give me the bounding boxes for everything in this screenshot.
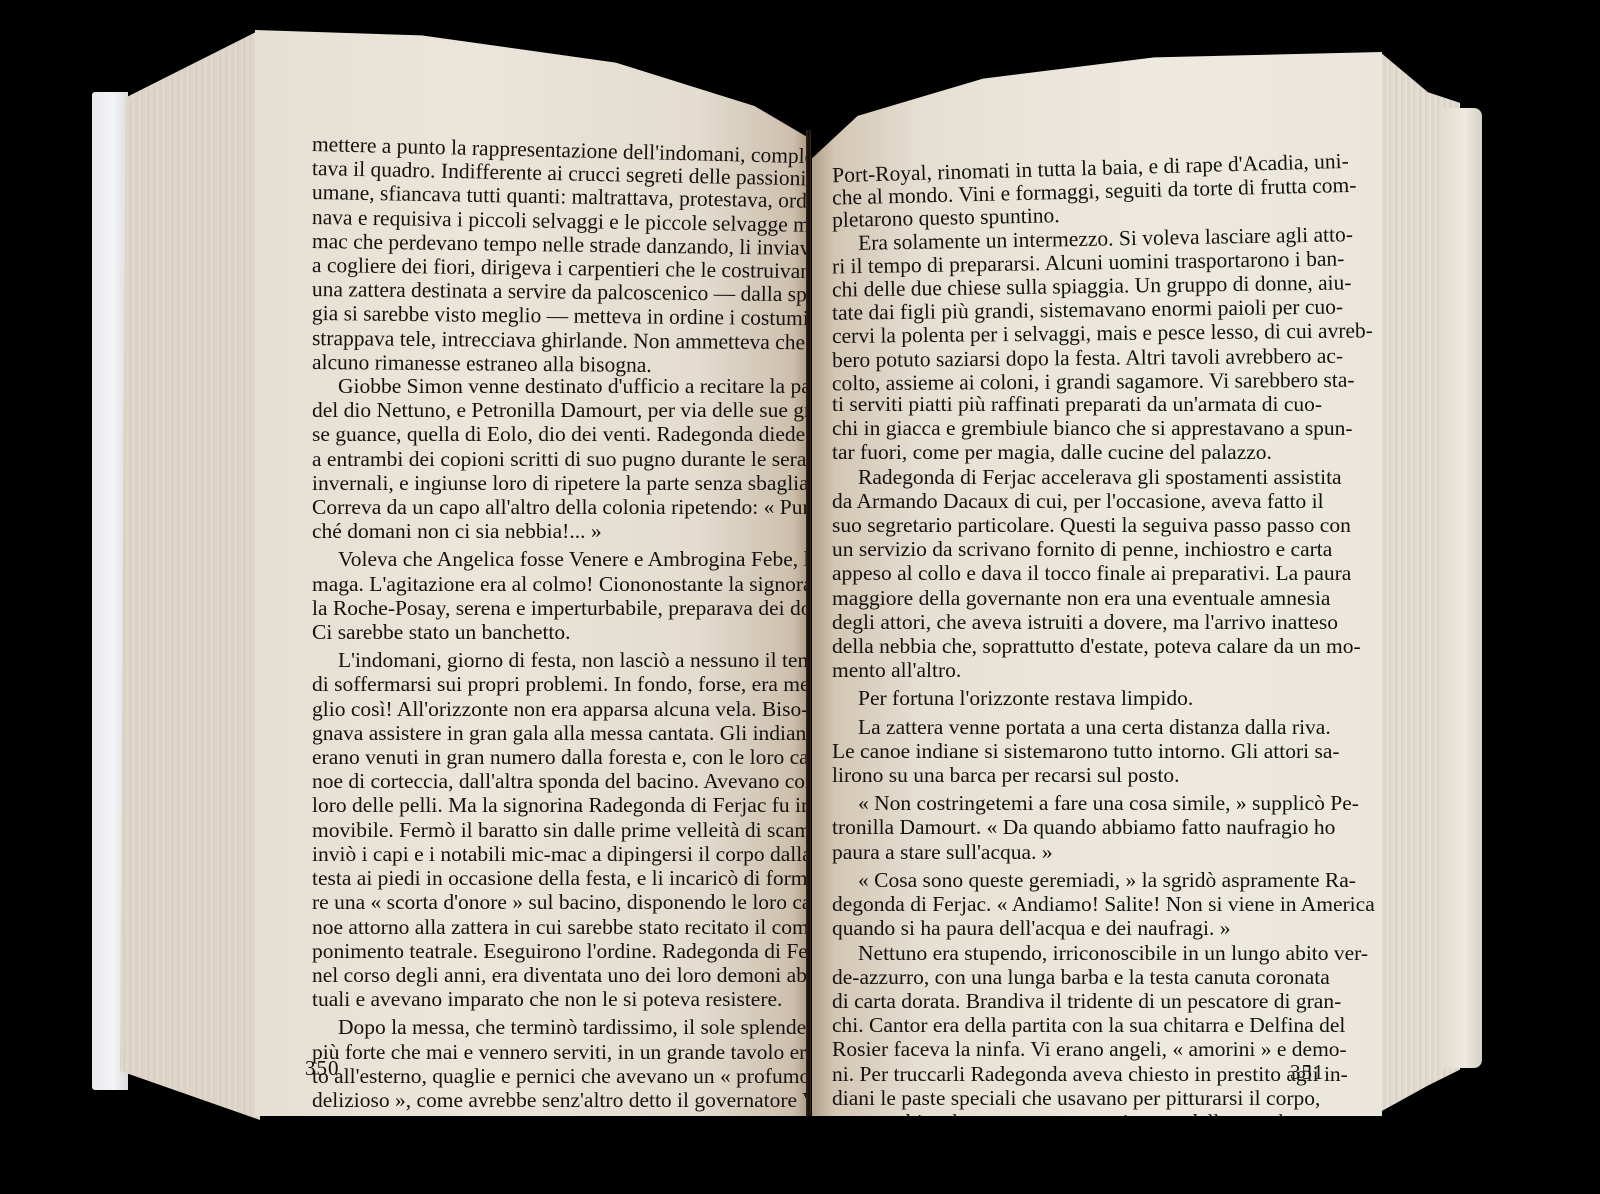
text-line: appeso al collo e dava il tocco finale a… (832, 561, 1307, 585)
text-line: colto, assieme ai coloni, i grandi sagam… (832, 368, 1307, 396)
page-number-right: 351 (1290, 1060, 1325, 1085)
text-line: La zattera venne portata a una certa dis… (832, 715, 1307, 739)
right-page-text: Port-Royal, rinomati in tutta la baia, e… (832, 150, 1307, 1116)
left-page-block-edge (120, 30, 260, 1120)
text-line: Nettuno era stupendo, irriconoscibile in… (832, 941, 1307, 965)
text-line: glio così! All'orizzonte non era apparsa… (312, 697, 792, 721)
text-line: ché domani non ci sia nebbia!... » (312, 519, 792, 543)
text-line: movibile. Fermò il baratto sin dalle pri… (312, 818, 792, 842)
right-cover-edge (1440, 108, 1482, 1068)
text-line: maggiore della governante non era una ev… (832, 586, 1307, 610)
text-line: Voleva che Angelica fosse Venere e Ambro… (312, 547, 792, 571)
left-page-text: mettere a punto la rappresentazione dell… (312, 132, 792, 1116)
text-line: da Armando Dacaux di cui, per l'occasion… (832, 489, 1307, 513)
text-line: a entrambi dei copioni scritti di suo pu… (312, 447, 792, 471)
text-line: chi. Cantor era della partita con la sua… (832, 1013, 1307, 1037)
text-line: « Non costringetemi a fare una cosa simi… (832, 791, 1307, 815)
text-line: noe di corteccia, dall'altra sponda del … (312, 769, 792, 793)
text-line: noe attorno alla zattera in cui sarebbe … (312, 915, 792, 939)
text-line: « Cosa sono queste geremiadi, » la sgrid… (832, 868, 1307, 892)
text-line: erano venuti in gran numero dalla forest… (312, 745, 792, 769)
text-line: degonda di Ferjac. « Andiamo! Salite! No… (832, 892, 1307, 916)
text-line: delizioso », come avrebbe senz'altro det… (312, 1088, 792, 1112)
text-line: L'indomani, giorno di festa, non lasciò … (312, 648, 792, 672)
text-line: quando si ha paura dell'acqua e dei nauf… (832, 916, 1307, 940)
right-page: Port-Royal, rinomati in tutta la baia, e… (812, 52, 1382, 1116)
text-line: Radegonda di Ferjac accelerava gli spost… (832, 465, 1307, 489)
text-line: d'Avray, con il contorno di bei cavoli v… (312, 1112, 792, 1116)
text-line: ponimento teatrale. Eseguirono l'ordine.… (312, 939, 792, 963)
text-line: inviò i capi e i notabili mic-mac a dipi… (312, 842, 792, 866)
text-line: tar fuori, come per magia, dalle cucine … (832, 440, 1307, 464)
page-number-left: 350 (305, 1056, 340, 1081)
text-line: Ci sarebbe stato un banchetto. (312, 620, 792, 644)
text-line: maga. L'agitazione era al colmo! Cionono… (312, 572, 792, 596)
text-line: della nebbia che, soprattutto d'estate, … (832, 634, 1307, 658)
text-line: mento all'altro. (832, 658, 1307, 682)
text-line: nel corso degli anni, era diventata uno … (312, 963, 792, 987)
text-line: tuali e avevano imparato che non le si p… (312, 987, 792, 1011)
text-line: se guance, quella di Eolo, dio dei venti… (312, 422, 792, 446)
text-line: un servizio da scrivano fornito di penne… (832, 537, 1307, 561)
text-line: ni. Per truccarli Radegonda aveva chiest… (832, 1062, 1307, 1086)
text-line: Correva da un capo all'altro della colon… (312, 495, 792, 519)
text-line: lirono su una barca per recarsi sul post… (832, 763, 1307, 787)
text-line: degli attori, che aveva istruiti a dover… (832, 610, 1307, 634)
text-line: Per fortuna l'orizzonte restava limpido. (832, 686, 1307, 710)
book-photo: mettere a punto la rappresentazione dell… (0, 0, 1600, 1194)
text-line: Le canoe indiane si sistemarono tutto in… (832, 739, 1307, 763)
text-line: loro delle pelli. Ma la signorina Radego… (312, 793, 792, 817)
text-line: più forte che mai e vennero serviti, in … (312, 1040, 792, 1064)
text-line: tronilla Damourt. « Da quando abbiamo fa… (832, 815, 1307, 839)
text-line: azzurre, bianche, rosse o nere, e vi era… (832, 1110, 1307, 1116)
text-line: de-azzurro, con una lunga barba e la tes… (832, 965, 1307, 989)
text-line: del dio Nettuno, e Petronilla Damourt, p… (312, 398, 792, 422)
text-line: suo segretario particolare. Questi la se… (832, 513, 1307, 537)
text-line: alcuno rimanesse estraneo alla bisogna. (312, 350, 792, 378)
text-line: Rosier faceva la ninfa. Vi erano angeli,… (832, 1037, 1307, 1061)
text-line: di soffermarsi sui propri problemi. In f… (312, 672, 792, 696)
text-line: diani le paste speciali che usavano per … (832, 1086, 1307, 1110)
book-spine-gutter (806, 130, 811, 1116)
text-line: di carta dorata. Brandiva il tridente di… (832, 989, 1307, 1013)
left-page: mettere a punto la rappresentazione dell… (255, 30, 810, 1116)
text-line: re una « scorta d'onore » sul bacino, di… (312, 890, 792, 914)
text-line: Dopo la messa, che terminò tardissimo, i… (312, 1015, 792, 1039)
text-line: to all'esterno, quaglie e pernici che av… (312, 1064, 792, 1088)
text-line: chi in giacca e grembiule bianco che si … (832, 416, 1307, 440)
text-line: la Roche-Posay, serena e imperturbabile,… (312, 596, 792, 620)
text-line: gnava assistere in gran gala alla messa … (312, 721, 792, 745)
text-line: ti serviti piatti più raffinati preparat… (832, 392, 1307, 416)
text-line: testa ai piedi in occasione della festa,… (312, 866, 792, 890)
text-line: paura a stare sull'acqua. » (832, 840, 1307, 864)
text-line: invernali, e ingiunse loro di ripetere l… (312, 471, 792, 495)
